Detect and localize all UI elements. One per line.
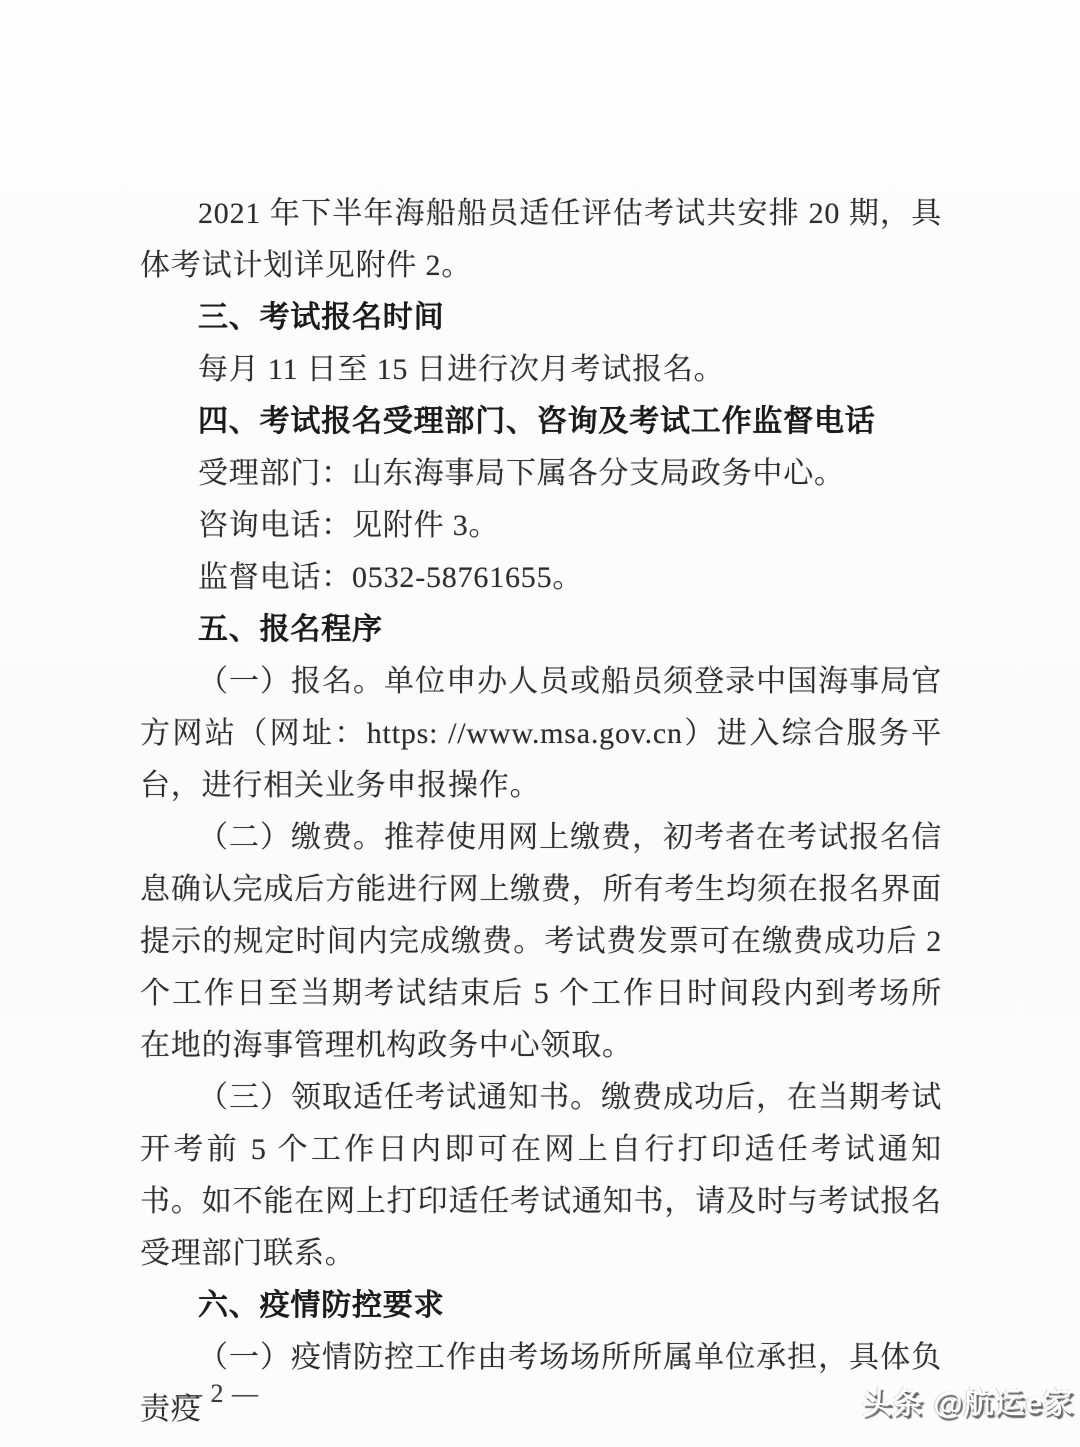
- section-heading: 六、疫情防控要求: [140, 1280, 942, 1332]
- page-number: — 2 —: [176, 1376, 259, 1412]
- body-paragraph: 每月 11 日至 15 日进行次月考试报名。: [140, 344, 942, 396]
- section-heading: 三、考试报名时间: [140, 292, 942, 344]
- section-heading: 五、报名程序: [140, 604, 942, 656]
- body-paragraph: （二）缴费。推荐使用网上缴费，初考者在考试报名信息确认完成后方能进行网上缴费，所…: [140, 812, 942, 1072]
- scanned-document-page: 2021 年下半年海船船员适任评估考试共安排 20 期，具体考试计划详见附件 2…: [0, 0, 1080, 1447]
- section-heading: 四、考试报名受理部门、咨询及考试工作监督电话: [140, 396, 942, 448]
- watermark-toutiao: 头条 @航运e家: [862, 1385, 1074, 1423]
- body-paragraph: （一）疫情防控工作由考场场所所属单位承担，具体负责疫: [140, 1332, 942, 1436]
- body-paragraph: 受理部门：山东海事局下属各分支局政务中心。: [140, 448, 942, 500]
- body-paragraph: 咨询电话：见附件 3。: [140, 500, 942, 552]
- body-paragraph: 监督电话：0532-58761655。: [140, 552, 942, 604]
- body-paragraph: （三）领取适任考试通知书。缴费成功后，在当期考试开考前 5 个工作日内即可在网上…: [140, 1072, 942, 1280]
- document-body: 2021 年下半年海船船员适任评估考试共安排 20 期，具体考试计划详见附件 2…: [140, 188, 942, 1436]
- body-paragraph: 2021 年下半年海船船员适任评估考试共安排 20 期，具体考试计划详见附件 2…: [140, 188, 942, 292]
- body-paragraph: （一）报名。单位申办人员或船员须登录中国海事局官方网站（网址：https: //…: [140, 656, 942, 812]
